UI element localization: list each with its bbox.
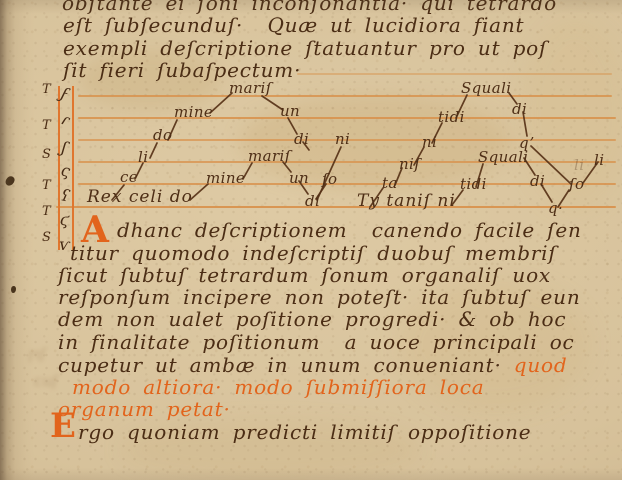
organum-syllable: tidi bbox=[460, 175, 487, 193]
intro-text-line: exempli deſcriptione ſtatuantur pro ut p… bbox=[63, 36, 547, 60]
organum-syllable: ſo bbox=[322, 170, 337, 188]
organum-syllable: Squali bbox=[478, 148, 528, 166]
organum-syllable: mine bbox=[206, 169, 245, 187]
daseia-sign: ɾ bbox=[59, 109, 73, 129]
staff-line bbox=[78, 95, 612, 97]
interval-letter: T bbox=[42, 82, 51, 97]
commentary-text-segment: titur quomodo indeſcriptiſ duobuſ membri… bbox=[70, 241, 557, 265]
commentary-text-segment: organum petat· bbox=[58, 397, 231, 421]
organum-syllable: Rex celi do bbox=[87, 187, 193, 207]
organum-syllable: q· bbox=[548, 199, 563, 217]
commentary-text-segment: dhanc deſcriptionem canendo facile ſen bbox=[117, 218, 582, 242]
organum-syllable: un bbox=[289, 169, 309, 187]
organum-syllable: di bbox=[530, 172, 545, 190]
commentary-text-segment: ſicut ſubtuſ tetrardum ſonum organaliſ u… bbox=[58, 263, 551, 287]
staff-line bbox=[78, 161, 616, 163]
organum-syllable: di bbox=[305, 192, 320, 210]
show-through-text: ꞇuſ bbox=[34, 372, 58, 391]
commentary-text-line: dhanc deſcriptionem canendo facile ſen bbox=[117, 218, 582, 242]
interval-letter: S bbox=[42, 147, 51, 162]
staff-line bbox=[78, 117, 616, 119]
organum-syllable: mine bbox=[174, 103, 213, 121]
organum-syllable: li bbox=[594, 151, 604, 169]
organum-syllable: Squali bbox=[461, 79, 511, 97]
daseia-column-line bbox=[72, 86, 74, 250]
commentary-text-line: reſponſum incipere non poteſt· ita ſubtu… bbox=[58, 285, 581, 309]
commentary-text-line: dem non ualet poſitione progredi· & ob h… bbox=[58, 307, 566, 331]
organum-syllable: un bbox=[280, 102, 300, 120]
interval-letter: S bbox=[42, 230, 51, 245]
illuminated-initial: E bbox=[50, 406, 76, 446]
interval-letter: T bbox=[42, 118, 51, 133]
ink-blot bbox=[11, 286, 16, 293]
organum-syllable: Ty taniſ ni bbox=[357, 191, 456, 211]
commentary-text-segment: dem non ualet poſitione progredi· & ob h… bbox=[58, 307, 566, 331]
daseia-sign: ʃ bbox=[60, 138, 69, 157]
commentary-text-line: in finalitate poſitionum a uoce principa… bbox=[58, 330, 575, 354]
organum-syllable: li bbox=[138, 148, 148, 166]
commentary-text-line: titur quomodo indeſcriptiſ duobuſ membri… bbox=[70, 241, 557, 265]
organum-syllable: di bbox=[512, 100, 527, 118]
commentary-text-segment: quod bbox=[502, 353, 568, 377]
commentary-text-segment: reſponſum incipere non poteſt· ita ſubtu… bbox=[58, 285, 581, 309]
commentary-text-line: ſicut ſubtuſ tetrardum ſonum organaliſ u… bbox=[58, 263, 551, 287]
organum-syllable: mariſ bbox=[229, 79, 272, 97]
organum-syllable: ta bbox=[382, 174, 398, 192]
organum-syllable: ni bbox=[422, 133, 437, 151]
daseia-sign: ϝ bbox=[59, 83, 71, 103]
commentary-text-segment: in finalitate poſitionum a uoce principa… bbox=[58, 330, 575, 354]
daseia-sign: ʕ bbox=[59, 185, 71, 205]
commentary-text-line: modo altiora· modo ſubmiſſiora loca bbox=[72, 375, 485, 399]
commentary-text-segment: cupetur ut ambæ in unum conueniant· bbox=[58, 353, 502, 377]
daseia-sign: ѵ bbox=[59, 235, 70, 254]
commentary-text-segment: rgo quoniam predicti limitiſ oppoſitione bbox=[78, 420, 531, 444]
daseia-sign: ϛ bbox=[59, 210, 70, 230]
organum-syllable: tidi bbox=[438, 108, 465, 126]
organum-syllable: ce bbox=[120, 168, 138, 186]
organum-syllable: li bbox=[574, 156, 584, 174]
organum-syllable: do bbox=[153, 126, 172, 144]
illuminated-initial: A bbox=[81, 209, 109, 251]
daseia-sign: ς bbox=[59, 160, 71, 180]
organum-syllable: ni bbox=[335, 130, 350, 148]
commentary-text-line: organum petat· bbox=[58, 397, 231, 421]
staff-line bbox=[297, 73, 612, 75]
ink-blot bbox=[4, 175, 16, 188]
commentary-text-line: rgo quoniam predicti limitiſ oppoſitione bbox=[78, 420, 531, 444]
organum-syllable: ſo bbox=[569, 175, 584, 193]
organum-syllable: niſ bbox=[399, 155, 420, 173]
organum-syllable: di bbox=[294, 130, 309, 148]
commentary-text-line: cupetur ut ambæ in unum conueniant· quod bbox=[58, 353, 568, 377]
organum-syllable: mariſ bbox=[248, 147, 291, 165]
show-through-text: ꞅıſ bbox=[28, 345, 46, 364]
interval-letter: T bbox=[42, 178, 51, 193]
intro-text-line: eſt ſubſecunduſ· Quæ ut lucidiora fiant bbox=[63, 13, 524, 37]
interval-letter: T bbox=[42, 204, 51, 219]
manuscript-page: ꞅıſ ꞇuſ obſtante ei ſoni inconſonantia· … bbox=[0, 0, 622, 480]
commentary-text-segment: modo altiora· modo ſubmiſſiora loca bbox=[72, 375, 485, 399]
